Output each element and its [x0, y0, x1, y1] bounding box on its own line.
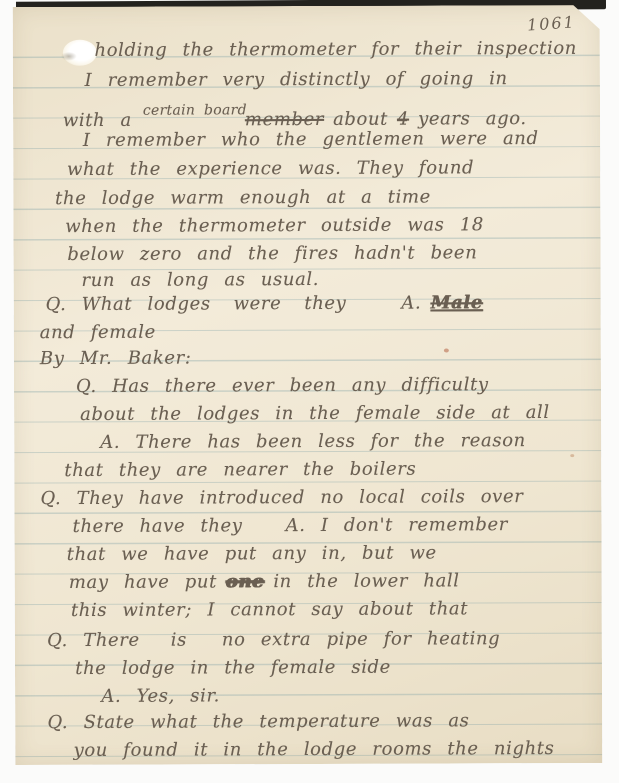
handwritten-segment: Q. What lodges — [46, 292, 211, 317]
handwritten-line: A. Yes, sir. — [101, 684, 220, 709]
handwritten-segment-insert: certain board — [143, 98, 247, 122]
handwritten-line: A. There has been less for the reason — [100, 429, 526, 455]
handwritten-line: there have theyA. I don't remember — [73, 513, 517, 539]
handwritten-segment: A. I don't remember — [286, 513, 508, 538]
handwritten-line: this winter; I cannot say about that — [71, 597, 468, 623]
handwritten-segment-blotted: one — [226, 570, 264, 594]
document-scan: { "colors": { "paper": "#efe6d1", "ink":… — [0, 0, 619, 783]
handwritten-line: about the lodges in the female side at a… — [80, 401, 550, 427]
handwritten-line: that they are nearer the boilers — [64, 458, 416, 484]
handwritten-line: what the experience was. They found — [67, 156, 474, 182]
handwritten-line: the lodge warm enough at a time — [55, 185, 431, 211]
handwritten-line: Q. Thereisno extra pipe for heating — [47, 627, 509, 653]
handwritten-line: when the thermometer outside was 18 — [65, 213, 484, 239]
handwritten-line: and female — [40, 321, 156, 346]
handwritten-line: you found it in the lodge rooms the nigh… — [74, 737, 555, 763]
handwritten-segment: in the lower hall — [273, 569, 459, 594]
handwritten-line: the lodge in the female side — [75, 656, 391, 681]
handwritten-line: Q. What lodgesweretheyA.Male — [46, 291, 492, 317]
handwritten-segment: is — [171, 629, 187, 653]
handwritten-line: below zero and the fires hadn't been — [67, 241, 477, 267]
handwritten-line: holding the thermometer for their inspec… — [94, 37, 577, 63]
handwritten-segment: Q. There — [47, 629, 140, 653]
handwritten-segment: they — [304, 292, 346, 316]
handwritten-line: that we have put any in, but we — [67, 541, 437, 567]
handwritten-line: run as long as usual. — [81, 268, 319, 293]
handwritten-segment: were — [234, 292, 282, 316]
handwritten-line: I remember very distinctly of going in — [85, 67, 508, 93]
handwritten-segment: there have they — [73, 514, 243, 539]
handwritten-line: By Mr. Baker: — [40, 347, 192, 372]
handwritten-line: Q. State what the temperature was as — [47, 709, 469, 735]
handwritten-segment-scribbled: Male — [430, 291, 482, 315]
handwritten-segment: A. — [401, 292, 421, 316]
handwriting-layer: holding the thermometer for their inspec… — [0, 0, 619, 783]
handwritten-line: I remember who the gentlemen were and — [83, 127, 539, 153]
handwritten-segment: may have put — [69, 570, 217, 595]
handwritten-line: Q. Has there ever been any difficulty — [76, 373, 489, 399]
handwritten-line: Q. They have introduced no local coils o… — [40, 485, 523, 511]
handwritten-segment: no extra pipe for heating — [222, 627, 500, 652]
handwritten-line: may have putonein the lower hall — [69, 569, 469, 595]
